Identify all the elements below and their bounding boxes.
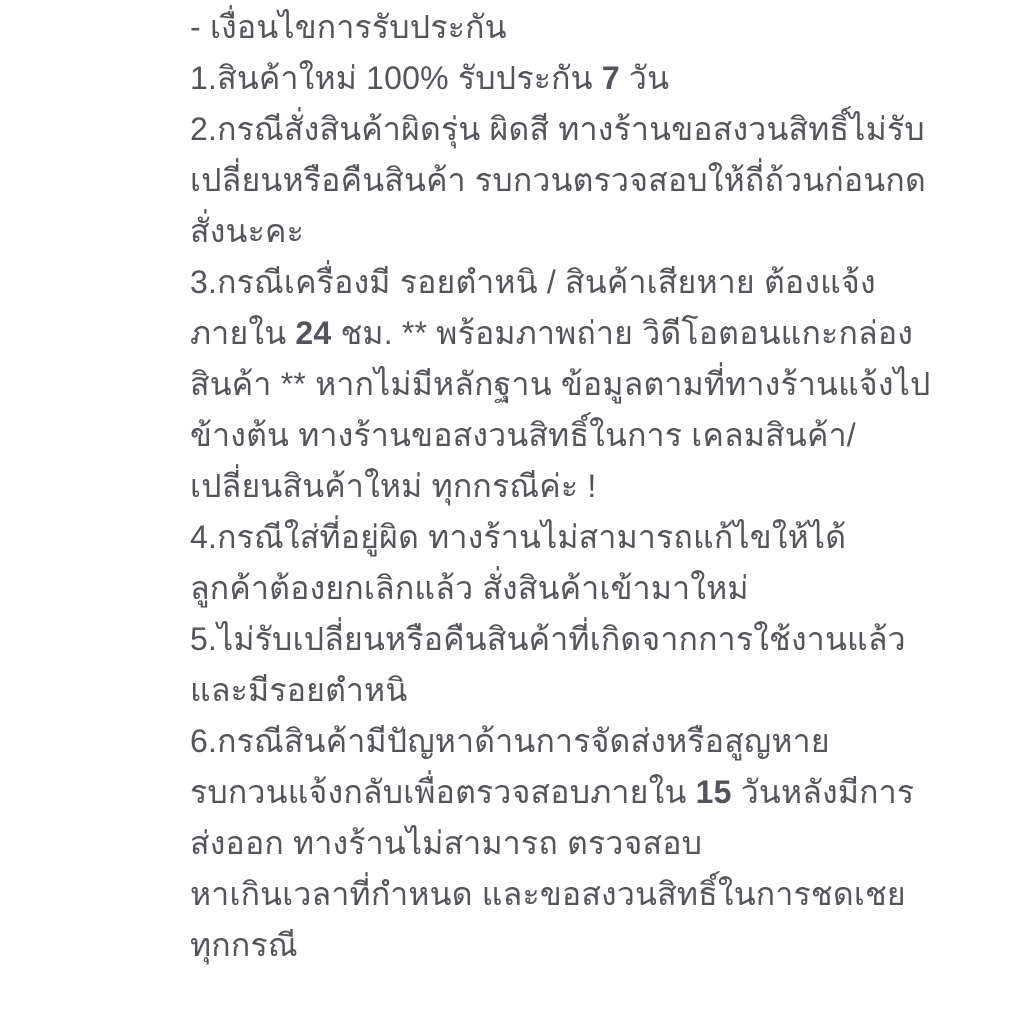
text-segment: รบกวนแจ้งกลับเพื่อตรวจสอบภายใน [190,774,696,810]
text-segment: 5.ไม่รับเปลี่ยนหรือคืนสินค้าที่เกิดจากกา… [190,621,906,657]
text-line: เปลี่ยนสินค้าใหม่ ทุกกรณีค่ะ ! [190,461,931,512]
text-line: สั่งนะคะ [190,206,931,257]
text-line: 4.กรณีใส่ที่อยู่ผิด ทางร้านไม่สามารถแก้ไ… [190,512,931,563]
text-segment: หาเกินเวลาที่กำหนด และขอสงวนสิทธิ์ในการช… [190,876,906,912]
text-segment: - เงื่อนไขการรับประกัน [190,9,507,45]
text-line: ส่งออก ทางร้านไม่สามารถ ตรวจสอบ [190,818,931,869]
text-line: ภายใน 24 ชม. ** พร้อมภาพถ่าย วิดีโอตอนแก… [190,308,931,359]
warranty-title-line: - เงื่อนไขการรับประกัน [190,2,931,53]
highlighted-number: 24 [295,315,331,351]
text-line: หาเกินเวลาที่กำหนด และขอสงวนสิทธิ์ในการช… [190,869,931,920]
text-segment: เปลี่ยนสินค้าใหม่ ทุกกรณีค่ะ ! [190,468,596,504]
text-line: สินค้า ** หากไม่มีหลักฐาน ข้อมูลตามที่ทา… [190,359,931,410]
text-segment: 1.สินค้าใหม่ 100% รับประกัน [190,60,602,96]
text-segment: วัน [620,60,669,96]
text-segment: ชม. ** พร้อมภาพถ่าย วิดีโอตอนแกะกล่อง [331,315,913,351]
text-segment: 2.กรณีสั่งสินค้าผิดรุ่น ผิดสี ทางร้านขอส… [190,111,925,147]
text-line: 2.กรณีสั่งสินค้าผิดรุ่น ผิดสี ทางร้านขอส… [190,104,931,155]
text-segment: ลูกค้าต้องยกเลิกแล้ว สั่งสินค้าเข้ามาใหม… [190,570,749,606]
highlighted-number: 7 [602,60,620,96]
text-segment: และมีรอยตำหนิ [190,672,407,708]
text-segment: 3.กรณีเครื่องมี รอยตำหนิ / สินค้าเสียหาย… [190,264,876,300]
text-segment: สินค้า ** หากไม่มีหลักฐาน ข้อมูลตามที่ทา… [190,366,931,402]
text-segment: ภายใน [190,315,295,351]
text-line: ทุกกรณี [190,920,931,971]
text-line: 1.สินค้าใหม่ 100% รับประกัน 7 วัน [190,53,931,104]
text-segment: 4.กรณีใส่ที่อยู่ผิด ทางร้านไม่สามารถแก้ไ… [190,519,846,555]
text-line: เปลี่ยนหรือคืนสินค้า รบกวนตรวจสอบให้ถี่ถ… [190,155,931,206]
text-line: 3.กรณีเครื่องมี รอยตำหนิ / สินค้าเสียหาย… [190,257,931,308]
warranty-terms-page: - เงื่อนไขการรับประกัน1.สินค้าใหม่ 100% … [0,0,1024,1024]
text-segment: 6.กรณีสินค้ามีปัญหาด้านการจัดส่งหรือสูญห… [190,723,830,759]
text-segment: สั่งนะคะ [190,213,304,249]
warranty-terms-text: - เงื่อนไขการรับประกัน1.สินค้าใหม่ 100% … [190,2,931,971]
highlighted-number: 15 [696,774,732,810]
text-segment: ส่งออก ทางร้านไม่สามารถ ตรวจสอบ [190,825,702,861]
text-segment: ทุกกรณี [190,927,298,963]
text-line: รบกวนแจ้งกลับเพื่อตรวจสอบภายใน 15 วันหลั… [190,767,931,818]
text-line: ข้างต้น ทางร้านขอสงวนสิทธิ์ในการ เคลมสิน… [190,410,931,461]
text-line: 5.ไม่รับเปลี่ยนหรือคืนสินค้าที่เกิดจากกา… [190,614,931,665]
text-line: 6.กรณีสินค้ามีปัญหาด้านการจัดส่งหรือสูญห… [190,716,931,767]
text-segment: ข้างต้น ทางร้านขอสงวนสิทธิ์ในการ เคลมสิน… [190,417,856,453]
text-line: ลูกค้าต้องยกเลิกแล้ว สั่งสินค้าเข้ามาใหม… [190,563,931,614]
text-segment: เปลี่ยนหรือคืนสินค้า รบกวนตรวจสอบให้ถี่ถ… [190,162,926,198]
text-segment: วันหลังมีการ [732,774,915,810]
text-line: และมีรอยตำหนิ [190,665,931,716]
